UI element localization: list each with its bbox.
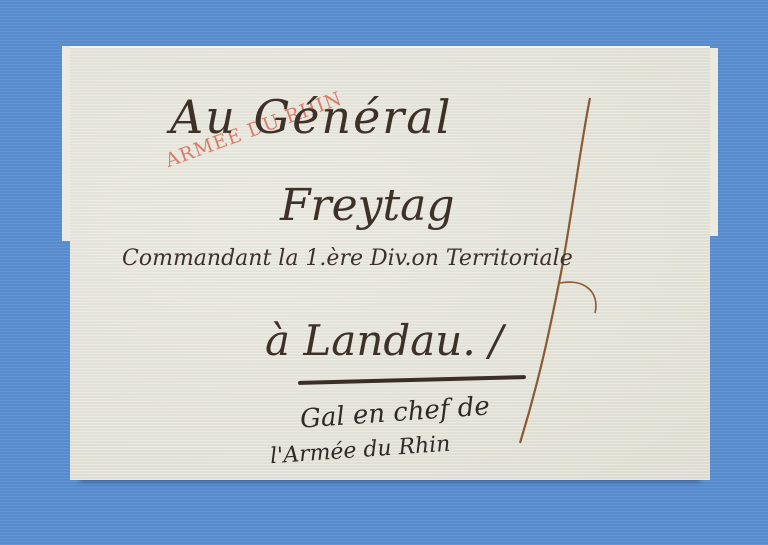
sender-note-line2: l'Armée du Rhin: [269, 432, 451, 470]
address-line-name: Freytag: [280, 180, 455, 231]
folded-letter: ARMÉE DU RHIN Au Général Freytag Command…: [70, 46, 710, 480]
address-line-title: Au Général: [170, 90, 452, 144]
address-line-destination: à Landau. /: [265, 316, 503, 365]
sender-note-line1: Gal en chef de: [299, 391, 490, 434]
address-line-rank: Commandant la 1.ère Div.on Territoriale: [122, 246, 573, 271]
